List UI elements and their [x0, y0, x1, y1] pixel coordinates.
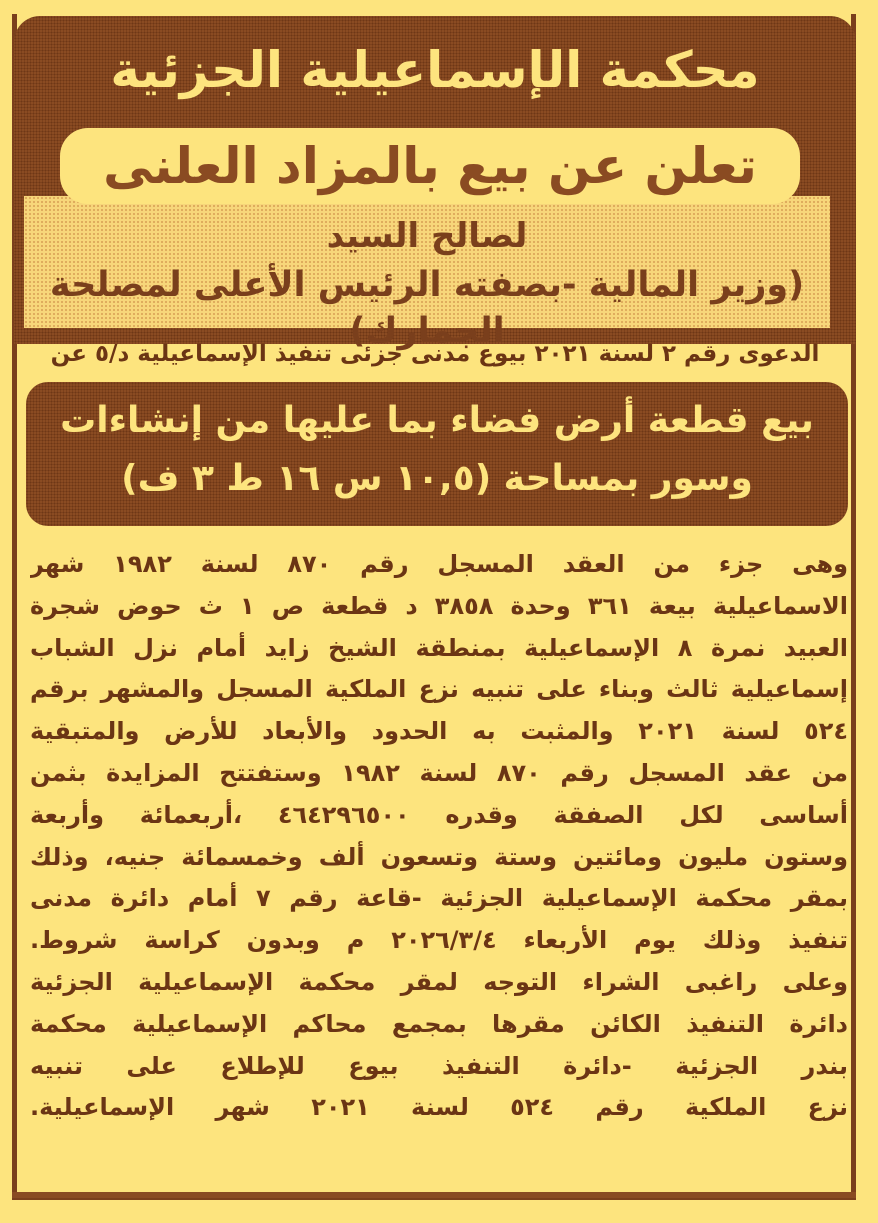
notice-body: وهى جزء من العقد المسجل رقم ٨٧٠ لسنة ١٩٨… [30, 544, 848, 1129]
body-line: وعلى راغبى الشراء التوجه لمقر محكمة الإس… [30, 962, 848, 1004]
sale-title-line: وسور بمساحة (١٠,٥ س ١٦ ط ٣ ف) [26, 450, 848, 508]
body-line: دائرة التنفيذ الكائن مقرها بمجمع محاكم ا… [30, 1004, 848, 1046]
body-line: بندر الجزئية -دائرة التنفيذ بيوع للإطلاع… [30, 1046, 848, 1088]
body-line: نزع الملكية رقم ٥٢٤ لسنة ٢٠٢١ شهر الإسما… [30, 1087, 848, 1129]
body-line: الاسماعيلية بيعة ٣٦١ وحدة ٣٨٥٨ د قطعة ص … [30, 586, 848, 628]
beneficiary-label: لصالح السيد [24, 215, 830, 257]
body-line: تنفيذ وذلك يوم الأربعاء ٢٠٢٦/٣/٤ م وبدون… [30, 920, 848, 962]
court-title: محكمة الإسماعيلية الجزئية [14, 40, 856, 100]
body-line: وهى جزء من العقد المسجل رقم ٨٧٠ لسنة ١٩٨… [30, 544, 848, 586]
sale-title-line: بيع قطعة أرض فضاء بما عليها من إنشاءات [26, 392, 848, 450]
body-line: بمقر محكمة الإسماعيلية الجزئية -قاعة رقم… [30, 878, 848, 920]
body-line: من عقد المسجل رقم ٨٧٠ لسنة ١٩٨٢ وستفتتح … [30, 753, 848, 795]
body-line: وستون مليون ومائتين وستة وتسعون ألف وخمس… [30, 837, 848, 879]
body-line: أساسى لكل الصفقة وقدره ٤٦٤٢٩٦٥٠٠ ،أربعما… [30, 795, 848, 837]
body-line: ٥٢٤ لسنة ٢٠٢١ والمثبت به الحدود والأبعاد… [30, 711, 848, 753]
body-line: إسماعيلية ثالث وبناء على تنبيه نزع الملك… [30, 669, 848, 711]
auction-announcement: تعلن عن بيع بالمزاد العلنى [60, 128, 800, 204]
bottom-border [12, 1192, 856, 1198]
sale-title: بيع قطعة أرض فضاء بما عليها من إنشاءات و… [26, 392, 848, 508]
body-line: العبيد نمرة ٨ الإسماعيلية بمنطقة الشيخ ز… [30, 628, 848, 670]
case-reference: الدعوى رقم ٢ لسنة ٢٠٢١ بيوع مدنى جزئى تن… [20, 336, 850, 372]
